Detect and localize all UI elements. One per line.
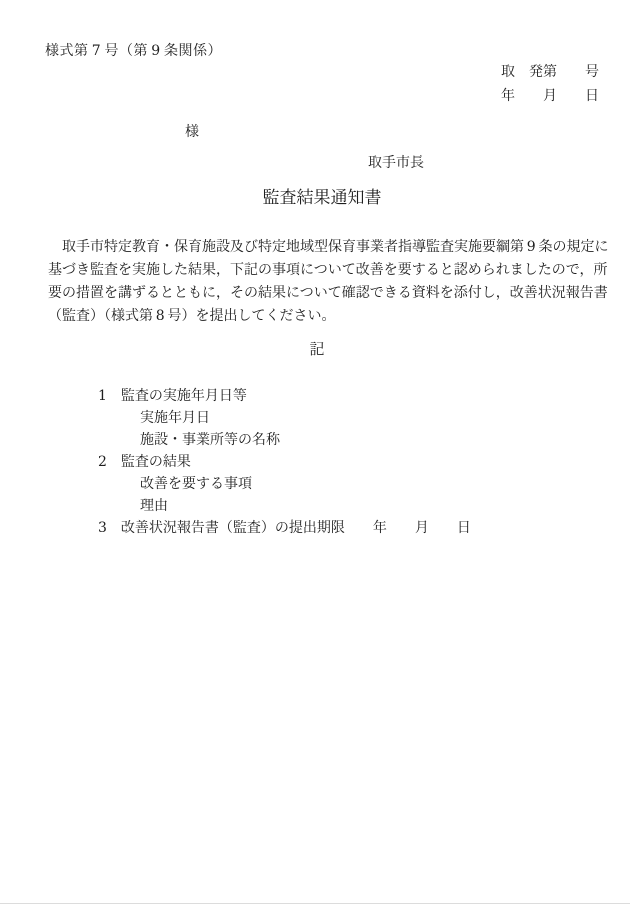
sender-title: 取手市長 (368, 152, 424, 172)
body-line-4: （監査）（様式第 8 号）を提出してください。 (48, 305, 588, 328)
list-sub-item: 理由 (98, 495, 598, 517)
recipient-honorific: 様 (185, 121, 199, 141)
list-item-2: 2 監査の結果 (98, 451, 598, 473)
list-item-3: 3 改善状況報告書（監査）の提出期限 年 月 日 (98, 517, 598, 539)
list-sub-item: 改善を要する事項 (98, 473, 598, 495)
items-list: 1 監査の実施年月日等実施年月日施設・事業所等の名称2 監査の結果改善を要する事… (98, 385, 598, 539)
list-sub-item: 施設・事業所等の名称 (98, 429, 598, 451)
list-sub-item: 実施年月日 (98, 407, 598, 429)
form-number-label: 様式第 7 号（第 9 条関係） (45, 40, 222, 60)
document-title: 監査結果通知書 (0, 189, 630, 208)
record-marker: 記 (0, 341, 630, 358)
body-line-2: 基づき監査を実施した結果，下記の事項について改善を要すると認められましたので，所 (48, 259, 588, 282)
document-page: 様式第 7 号（第 9 条関係） 取 発第 号 年 月 日 様 取手市長 監査結… (0, 0, 630, 904)
body-line-3: 要の措置を講ずるとともに，その結果について確認できる資料を添付し，改善状況報告書 (48, 282, 588, 305)
list-item-1: 1 監査の実施年月日等 (98, 385, 598, 407)
body-line-1: 取手市特定教育・保育施設及び特定地域型保育事業者指導監査実施要綱第 9 条の規定… (48, 236, 588, 259)
document-number-line: 取 発第 号 (501, 61, 599, 81)
issue-date-line: 年 月 日 (501, 85, 599, 105)
body-paragraph: 取手市特定教育・保育施設及び特定地域型保育事業者指導監査実施要綱第 9 条の規定… (48, 236, 588, 328)
